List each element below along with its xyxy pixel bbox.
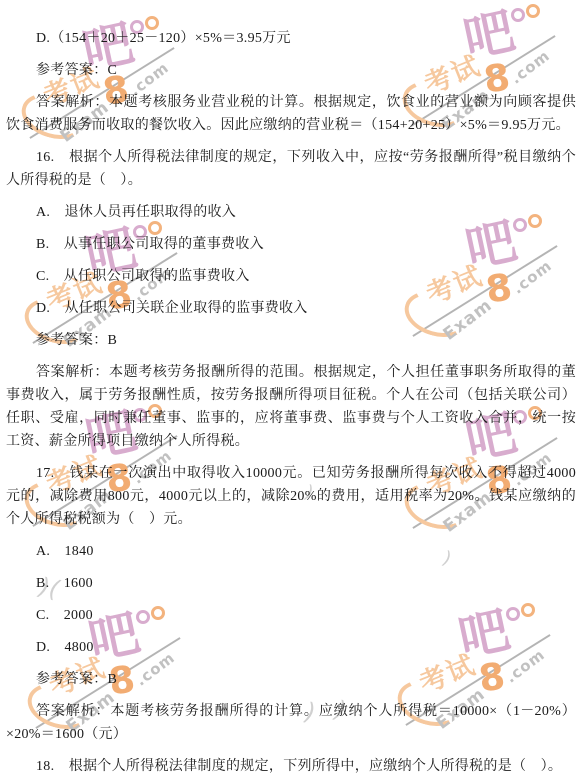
q17-option-a: A. 1840 [6,540,576,563]
q15-option-d: D.（154＋20＋25－120）×5%＝3.95万元 [6,27,576,50]
q17-analysis: 答案解析：本题考核劳务报酬所得的计算。应缴纳个人所得税＝10000×（1－20%… [6,700,576,746]
q17-answer: 参考答案：B [6,668,576,691]
document-page: 考试 吧 8 Exam .com 考试 吧 8 Exam .com 考试 吧 [0,0,580,776]
exam-text-content: D.（154＋20＋25－120）×5%＝3.95万元 参考答案：C 答案解析：… [0,0,580,776]
q16-option-a: A. 退休人员再任职取得的收入 [6,201,576,224]
q16-option-d: D. 从任职公司关联企业取得的监事费收入 [6,297,576,320]
q16-stem: 16. 根据个人所得税法律制度的规定，下列收入中，应按“劳务报酬所得”税目缴纳个… [6,146,576,192]
q16-answer: 参考答案：B [6,329,576,352]
q15-answer: 参考答案：C [6,59,576,82]
q16-analysis: 答案解析：本题考核劳务报酬所得的范围。根据规定，个人担任董事职务所取得的董事费收… [6,361,576,453]
q16-option-b: B. 从事任职公司取得的董事费收入 [6,233,576,256]
q17-option-d: D. 4800 [6,636,576,659]
q15-analysis: 答案解析：本题考核服务业营业税的计算。根据规定，饮食业的营业额为向顾客提供饮食消… [6,91,576,137]
q17-option-c: C. 2000 [6,604,576,627]
q16-option-c: C. 从任职公司取得的监事费收入 [6,265,576,288]
q17-option-b: B. 1600 [6,572,576,595]
q18-stem: 18. 根据个人所得税法律制度的规定，下列所得中，应缴纳个人所得税的是（ ）。 [6,755,576,776]
q17-stem: 17. 钱某在一次演出中取得收入10000元。已知劳务报酬所得每次收入不得超过4… [6,462,576,531]
